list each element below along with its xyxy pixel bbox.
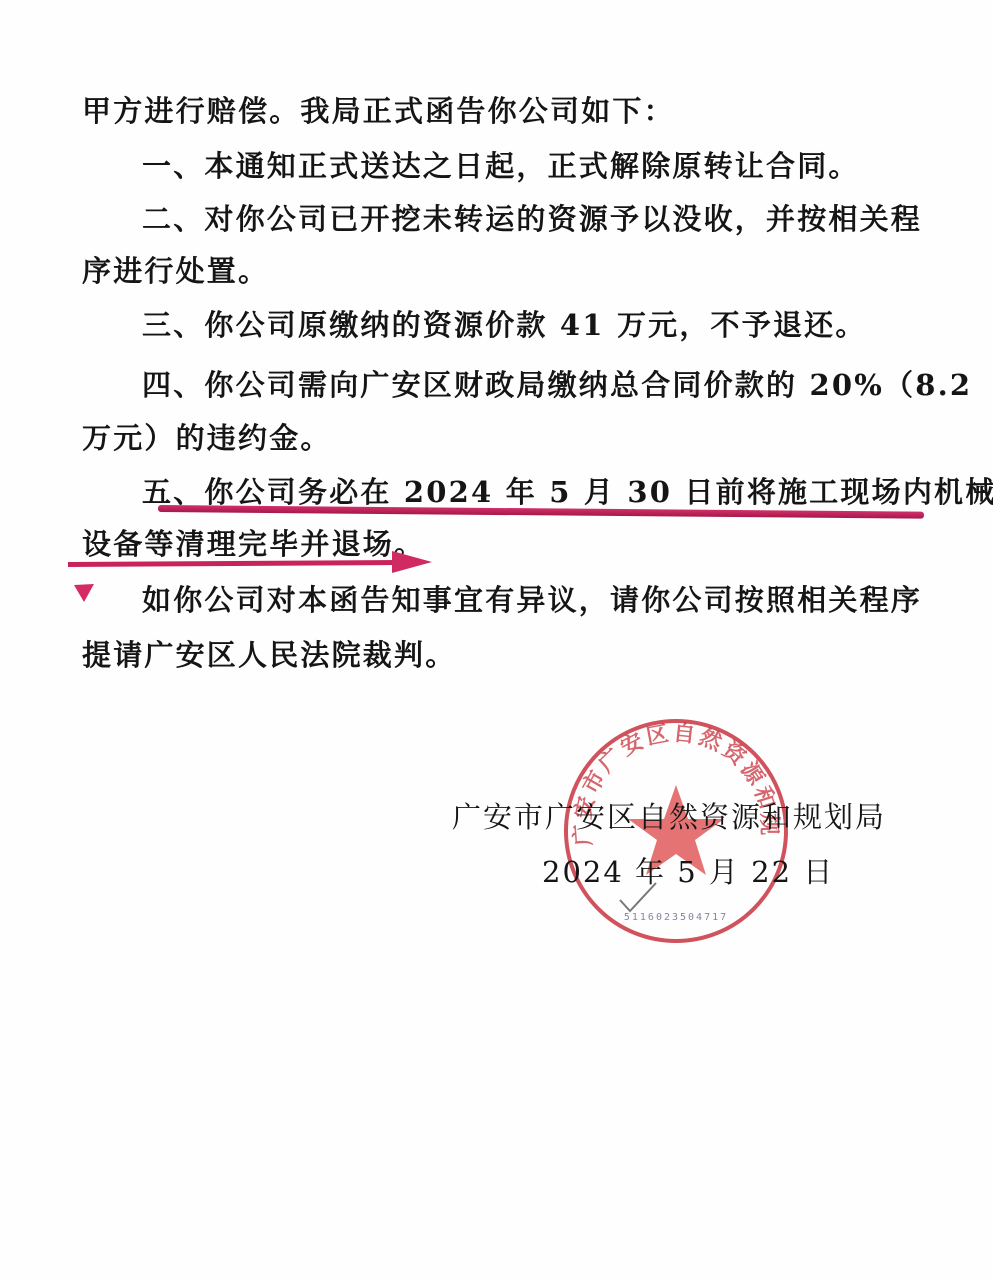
clause-3: 三、你公司原缴纳的资源价款 41 万元，不予退还。 [142,305,867,345]
text-line-intro: 甲方进行赔偿。我局正式函告你公司如下： [82,91,675,131]
document-page: 甲方进行赔偿。我局正式函告你公司如下： 一、本通知正式送达之日起，正式解除原转让… [0,0,993,1280]
objection-clause-cont: 提请广安区人民法院裁判。 [82,635,456,675]
objection-clause: 如你公司对本函告知事宜有异议，请你公司按照相关程序 [142,580,922,620]
clause-4-cont: 万元）的违约金。 [82,418,332,458]
triangle-mark-icon [72,582,96,604]
arrow-annotation-icon [66,550,436,574]
issue-date: 2024 年 5 月 22 日 [542,852,834,892]
clause-1: 一、本通知正式送达之日起，正式解除原转让合同。 [142,146,860,186]
clause-4: 四、你公司需向广安区财政局缴纳总合同价款的 20%（8.2 [142,365,972,405]
svg-text:5116023504717: 5116023504717 [624,912,728,923]
issuer-organization: 广安市广安区自然资源和规划局 [452,797,886,837]
clause-2-cont: 序进行处置。 [82,251,269,291]
clause-2: 二、对你公司已开挖未转运的资源予以没收，并按相关程 [142,199,922,239]
